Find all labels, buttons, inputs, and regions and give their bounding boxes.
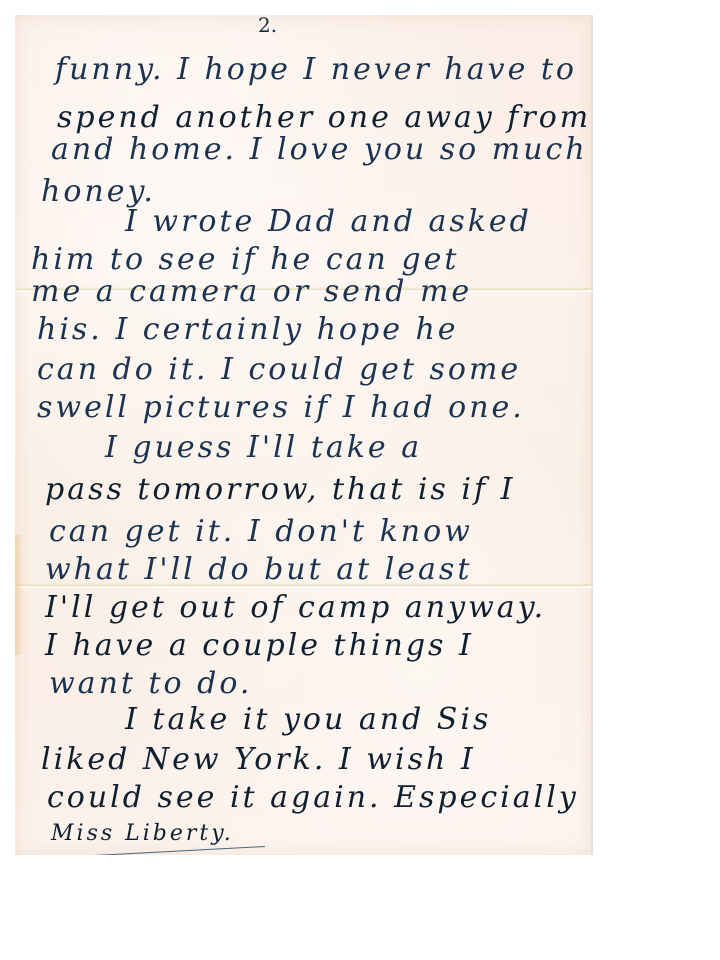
- letter-line: liked New York. I wish I: [41, 745, 476, 775]
- letter-line: his. I certainly hope he: [37, 315, 459, 345]
- letter-line: I'll get out of camp anyway.: [45, 593, 546, 623]
- page-number: 2.: [258, 15, 277, 37]
- letter-line: I take it you and Sis: [125, 705, 491, 735]
- paper-stain: [15, 535, 23, 655]
- letter-line: I guess I'll take a: [105, 433, 422, 463]
- letter-line: him to see if he can get: [31, 245, 459, 275]
- letter-line: Miss Liberty.: [51, 823, 234, 845]
- letter-line: can do it. I could get some: [37, 355, 521, 385]
- letter-line: want to do.: [49, 669, 252, 699]
- letter-line: can get it. I don't know: [49, 517, 473, 547]
- letter-line: swell pictures if I had one.: [37, 393, 525, 423]
- letter-line: pass tomorrow, that is if I: [45, 475, 515, 505]
- letter-line: and home. I love you so much: [51, 135, 588, 165]
- letter-line: funny. I hope I never have to: [55, 55, 577, 85]
- letter-line: what I'll do but at least: [45, 555, 472, 585]
- letter-line: spend another one away from you: [57, 103, 593, 133]
- letter-line: honey.: [41, 177, 156, 207]
- letter-line: could see it again. Especially: [47, 783, 579, 813]
- letter-page: 2. funny. I hope I never have to spend a…: [15, 15, 593, 855]
- letter-line: I wrote Dad and asked: [125, 207, 532, 237]
- letter-line: I have a couple things I: [45, 631, 474, 661]
- signature-underline: [75, 846, 265, 855]
- paper-edge: [591, 15, 593, 855]
- letter-line: me a camera or send me: [31, 277, 472, 307]
